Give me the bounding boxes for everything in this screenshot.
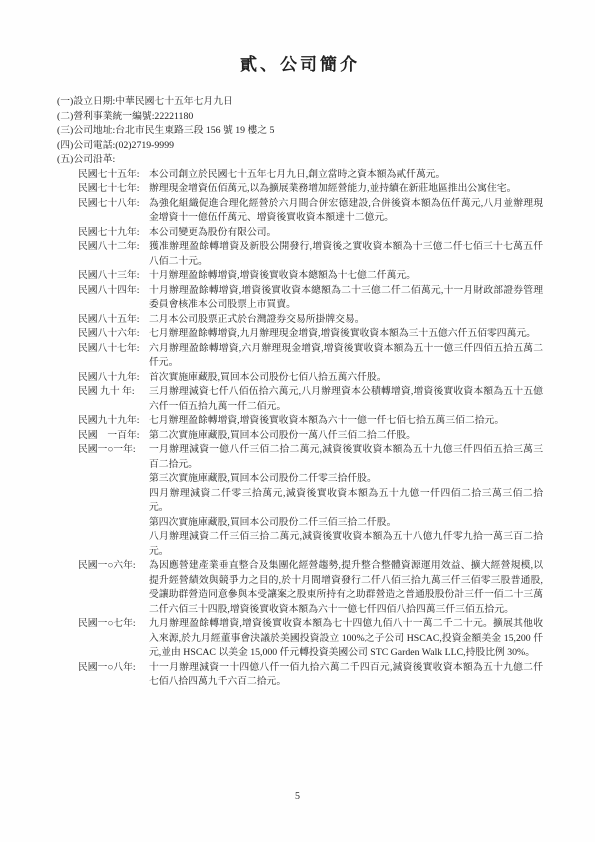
page-title: 貳、公司簡介 [57, 50, 543, 75]
history-paragraph: 第三次實施庫藏股,買回本公司股份二仟零三拾仟股。 [149, 472, 543, 487]
history-year-label: 民國八十六年: [78, 327, 149, 342]
history-year-label: 民國八十四年: [78, 284, 149, 299]
history-year-label: 民國八十五年: [78, 313, 149, 328]
history-entry: 民國八十五年:二月本公司股票正式於台灣證券交易所掛牌交易。 [78, 313, 543, 328]
history-entry: 民國一○一年:一月辦理減資一億八仟三佰二拾二萬元,減資後實收資本額為五十九億三仟… [78, 443, 543, 559]
history-entry: 民國七十五年:本公司創立於民國七十五年七月九日,創立當時之資本額為貳仟萬元。 [78, 168, 543, 183]
history-entry: 民國七十九年:本公司變更為股份有限公司。 [78, 226, 543, 241]
info-line: (四)公司電話:(02)2719-9999 [57, 139, 543, 154]
history-year-label: 民國八十三年: [78, 269, 149, 284]
history-entry: 民國一○六年:為因應營建產業垂直整合及集團化經營趨勢,提升整合整體資源運用效益、… [78, 559, 543, 617]
history-paragraph: 三月辦理減資七仟八佰伍拾六萬元,八月辦理資本公積轉增資,增資後實收資本額為五十五… [149, 385, 543, 414]
history-entry: 民國一○七年:九月辦理盈餘轉增資,增資後實收資本額為七十四億九佰八十一萬二千二十… [78, 617, 543, 661]
document-page: 貳、公司簡介 (一)設立日期:中華民國七十五年七月九日(二)營利事業統一編號:2… [0, 0, 595, 842]
history-text: 十月辦理盈餘轉增資,增資後實收資本總額為十七億二仟萬元。 [149, 269, 543, 284]
history-text: 獲准辦理盈餘轉增資及新股公開發行,增資後之實收資本額為十三億二仟七佰三十七萬五仟… [149, 240, 543, 269]
history-text: 首次實施庫藏股,買回本公司股份七佰八拾五萬六仟股。 [149, 371, 543, 386]
history-text: 三月辦理減資七仟八佰伍拾六萬元,八月辦理資本公積轉增資,增資後實收資本額為五十五… [149, 385, 543, 414]
history-text: 九月辦理盈餘轉增資,增資後實收資本額為七十四億九佰八十一萬二千二十元。擴展其他收… [149, 617, 543, 661]
history-text: 二月本公司股票正式於台灣證券交易所掛牌交易。 [149, 313, 543, 328]
history-paragraph: 獲准辦理盈餘轉增資及新股公開發行,增資後之實收資本額為十三億二仟七佰三十七萬五仟… [149, 240, 543, 269]
history-text: 十一月辦理減資一十四億八仟一佰九拾六萬二千四百元,減資後實收資本額為五十九億二仟… [149, 661, 543, 690]
history-entry: 民國 一百年:第二次實施庫藏股,買回本公司股份一萬八仟三佰二拾二仟股。 [78, 429, 543, 444]
history-year-label: 民國七十八年: [78, 197, 149, 212]
history-year-label: 民國七十九年: [78, 226, 149, 241]
history-year-label: 民國一○七年: [78, 617, 149, 632]
history-text: 十月辦理盈餘轉增資,增資後實收資本總額為二十三億二仟二佰萬元,十一月財政部證券管… [149, 284, 543, 313]
history-paragraph: 七月辦理盈餘轉增資,九月辦理現金增資,增資後實收資本額為三十五億六仟五佰零四萬元… [149, 327, 543, 342]
history-year-label: 民國 一百年: [78, 429, 149, 444]
history-paragraph: 七月辦理盈餘轉增資,增資後實收資本額為六十一億一仟七佰七拾五萬三佰二拾元。 [149, 414, 543, 429]
history-entry: 民國八十九年:首次實施庫藏股,買回本公司股份七佰八拾五萬六仟股。 [78, 371, 543, 386]
history-year-label: 民國八十七年: [78, 342, 149, 357]
info-line: (一)設立日期:中華民國七十五年七月九日 [57, 95, 543, 110]
history-year-label: 民國七十七年: [78, 182, 149, 197]
history-text: 第二次實施庫藏股,買回本公司股份一萬八仟三佰二拾二仟股。 [149, 429, 543, 444]
history-paragraph: 八月辦理減資二仟三佰三拾二萬元,減資後實收資本額為五十八億九仟零九拾一萬三百二拾… [149, 530, 543, 559]
history-text: 本公司創立於民國七十五年七月九日,創立當時之資本額為貳仟萬元。 [149, 168, 543, 183]
history-entry: 民國一○八年:十一月辦理減資一十四億八仟一佰九拾六萬二千四百元,減資後實收資本額… [78, 661, 543, 690]
history-paragraph: 辦理現金增資伍佰萬元,以為擴展業務增加經營能力,並持續在新莊地區推出公寓住宅。 [149, 182, 543, 197]
history-paragraph: 一月辦理減資一億八仟三佰二拾二萬元,減資後實收資本額為五十九億三仟四佰五拾三萬三… [149, 443, 543, 472]
history-paragraph: 為因應營建產業垂直整合及集團化經營趨勢,提升整合整體資源運用效益、擴大經營規模,… [149, 559, 543, 617]
info-line: (三)公司地址:台北市民生東路三段 156 號 19 樓之 5 [57, 124, 543, 139]
history-paragraph: 本公司變更為股份有限公司。 [149, 226, 543, 241]
history-entry: 民國八十七年:六月辦理盈餘轉增資,六月辦理現金增資,增資後實收資本額為五十一億三… [78, 342, 543, 371]
history-text: 為強化組織促進合理化經營於六月間合併宏德建設,合併後資本額為伍仟萬元,八月並辦理… [149, 197, 543, 226]
history-entry: 民國九十九年:七月辦理盈餘轉增資,增資後實收資本額為六十一億一仟七佰七拾五萬三佰… [78, 414, 543, 429]
history-paragraph: 六月辦理盈餘轉增資,六月辦理現金增資,增資後實收資本額為五十一億三仟四佰五拾五萬… [149, 342, 543, 371]
history-paragraph: 四月辦理減資二仟零三拾萬元,減資後實收資本額為五十九億一仟四佰二拾三萬三佰二拾元… [149, 487, 543, 516]
history-text: 為因應營建產業垂直整合及集團化經營趨勢,提升整合整體資源運用效益、擴大經營規模,… [149, 559, 543, 617]
history-paragraph: 本公司創立於民國七十五年七月九日,創立當時之資本額為貳仟萬元。 [149, 168, 543, 183]
history-paragraph: 為強化組織促進合理化經營於六月間合併宏德建設,合併後資本額為伍仟萬元,八月並辦理… [149, 197, 543, 226]
history-paragraph: 第二次實施庫藏股,買回本公司股份一萬八仟三佰二拾二仟股。 [149, 429, 543, 444]
history-entry: 民國八十四年:十月辦理盈餘轉增資,增資後實收資本總額為二十三億二仟二佰萬元,十一… [78, 284, 543, 313]
history-entry: 民國八十六年:七月辦理盈餘轉增資,九月辦理現金增資,增資後實收資本額為三十五億六… [78, 327, 543, 342]
history-entry: 民國七十七年:辦理現金增資伍佰萬元,以為擴展業務增加經營能力,並持續在新莊地區推… [78, 182, 543, 197]
history-year-label: 民國一○一年: [78, 443, 149, 458]
basic-info-list: (一)設立日期:中華民國七十五年七月九日(二)營利事業統一編號:22221180… [57, 95, 543, 168]
history-text: 一月辦理減資一億八仟三佰二拾二萬元,減資後實收資本額為五十九億三仟四佰五拾三萬三… [149, 443, 543, 559]
history-paragraph: 第四次實施庫藏股,買回本公司股份二仟三佰三拾二仟股。 [149, 516, 543, 531]
history-year-label: 民國七十五年: [78, 168, 149, 183]
info-line: (五)公司沿革: [57, 153, 543, 168]
page-number: 5 [0, 791, 595, 802]
history-paragraph: 十月辦理盈餘轉增資,增資後實收資本總額為十七億二仟萬元。 [149, 269, 543, 284]
history-year-label: 民國一○六年: [78, 559, 149, 574]
history-paragraph: 首次實施庫藏股,買回本公司股份七佰八拾五萬六仟股。 [149, 371, 543, 386]
history-paragraph: 九月辦理盈餘轉增資,增資後實收資本額為七十四億九佰八十一萬二千二十元。擴展其他收… [149, 617, 543, 661]
history-entry: 民國八十三年:十月辦理盈餘轉增資,增資後實收資本總額為十七億二仟萬元。 [78, 269, 543, 284]
history-year-label: 民國 九十 年: [78, 385, 149, 400]
history-entry: 民國 九十 年:三月辦理減資七仟八佰伍拾六萬元,八月辦理資本公積轉增資,增資後實… [78, 385, 543, 414]
info-line: (二)營利事業統一編號:22221180 [57, 110, 543, 125]
history-year-label: 民國九十九年: [78, 414, 149, 429]
history-entry: 民國七十八年:為強化組織促進合理化經營於六月間合併宏德建設,合併後資本額為伍仟萬… [78, 197, 543, 226]
history-list: 民國七十五年:本公司創立於民國七十五年七月九日,創立當時之資本額為貳仟萬元。民國… [57, 168, 543, 690]
history-text: 六月辦理盈餘轉增資,六月辦理現金增資,增資後實收資本額為五十一億三仟四佰五拾五萬… [149, 342, 543, 371]
history-text: 本公司變更為股份有限公司。 [149, 226, 543, 241]
history-year-label: 民國八十二年: [78, 240, 149, 255]
history-paragraph: 十月辦理盈餘轉增資,增資後實收資本總額為二十三億二仟二佰萬元,十一月財政部證券管… [149, 284, 543, 313]
history-year-label: 民國一○八年: [78, 661, 149, 676]
history-entry: 民國八十二年:獲准辦理盈餘轉增資及新股公開發行,增資後之實收資本額為十三億二仟七… [78, 240, 543, 269]
history-text: 辦理現金增資伍佰萬元,以為擴展業務增加經營能力,並持續在新莊地區推出公寓住宅。 [149, 182, 543, 197]
history-text: 七月辦理盈餘轉增資,九月辦理現金增資,增資後實收資本額為三十五億六仟五佰零四萬元… [149, 327, 543, 342]
history-text: 七月辦理盈餘轉增資,增資後實收資本額為六十一億一仟七佰七拾五萬三佰二拾元。 [149, 414, 543, 429]
history-paragraph: 十一月辦理減資一十四億八仟一佰九拾六萬二千四百元,減資後實收資本額為五十九億二仟… [149, 661, 543, 690]
history-paragraph: 二月本公司股票正式於台灣證券交易所掛牌交易。 [149, 313, 543, 328]
history-year-label: 民國八十九年: [78, 371, 149, 386]
